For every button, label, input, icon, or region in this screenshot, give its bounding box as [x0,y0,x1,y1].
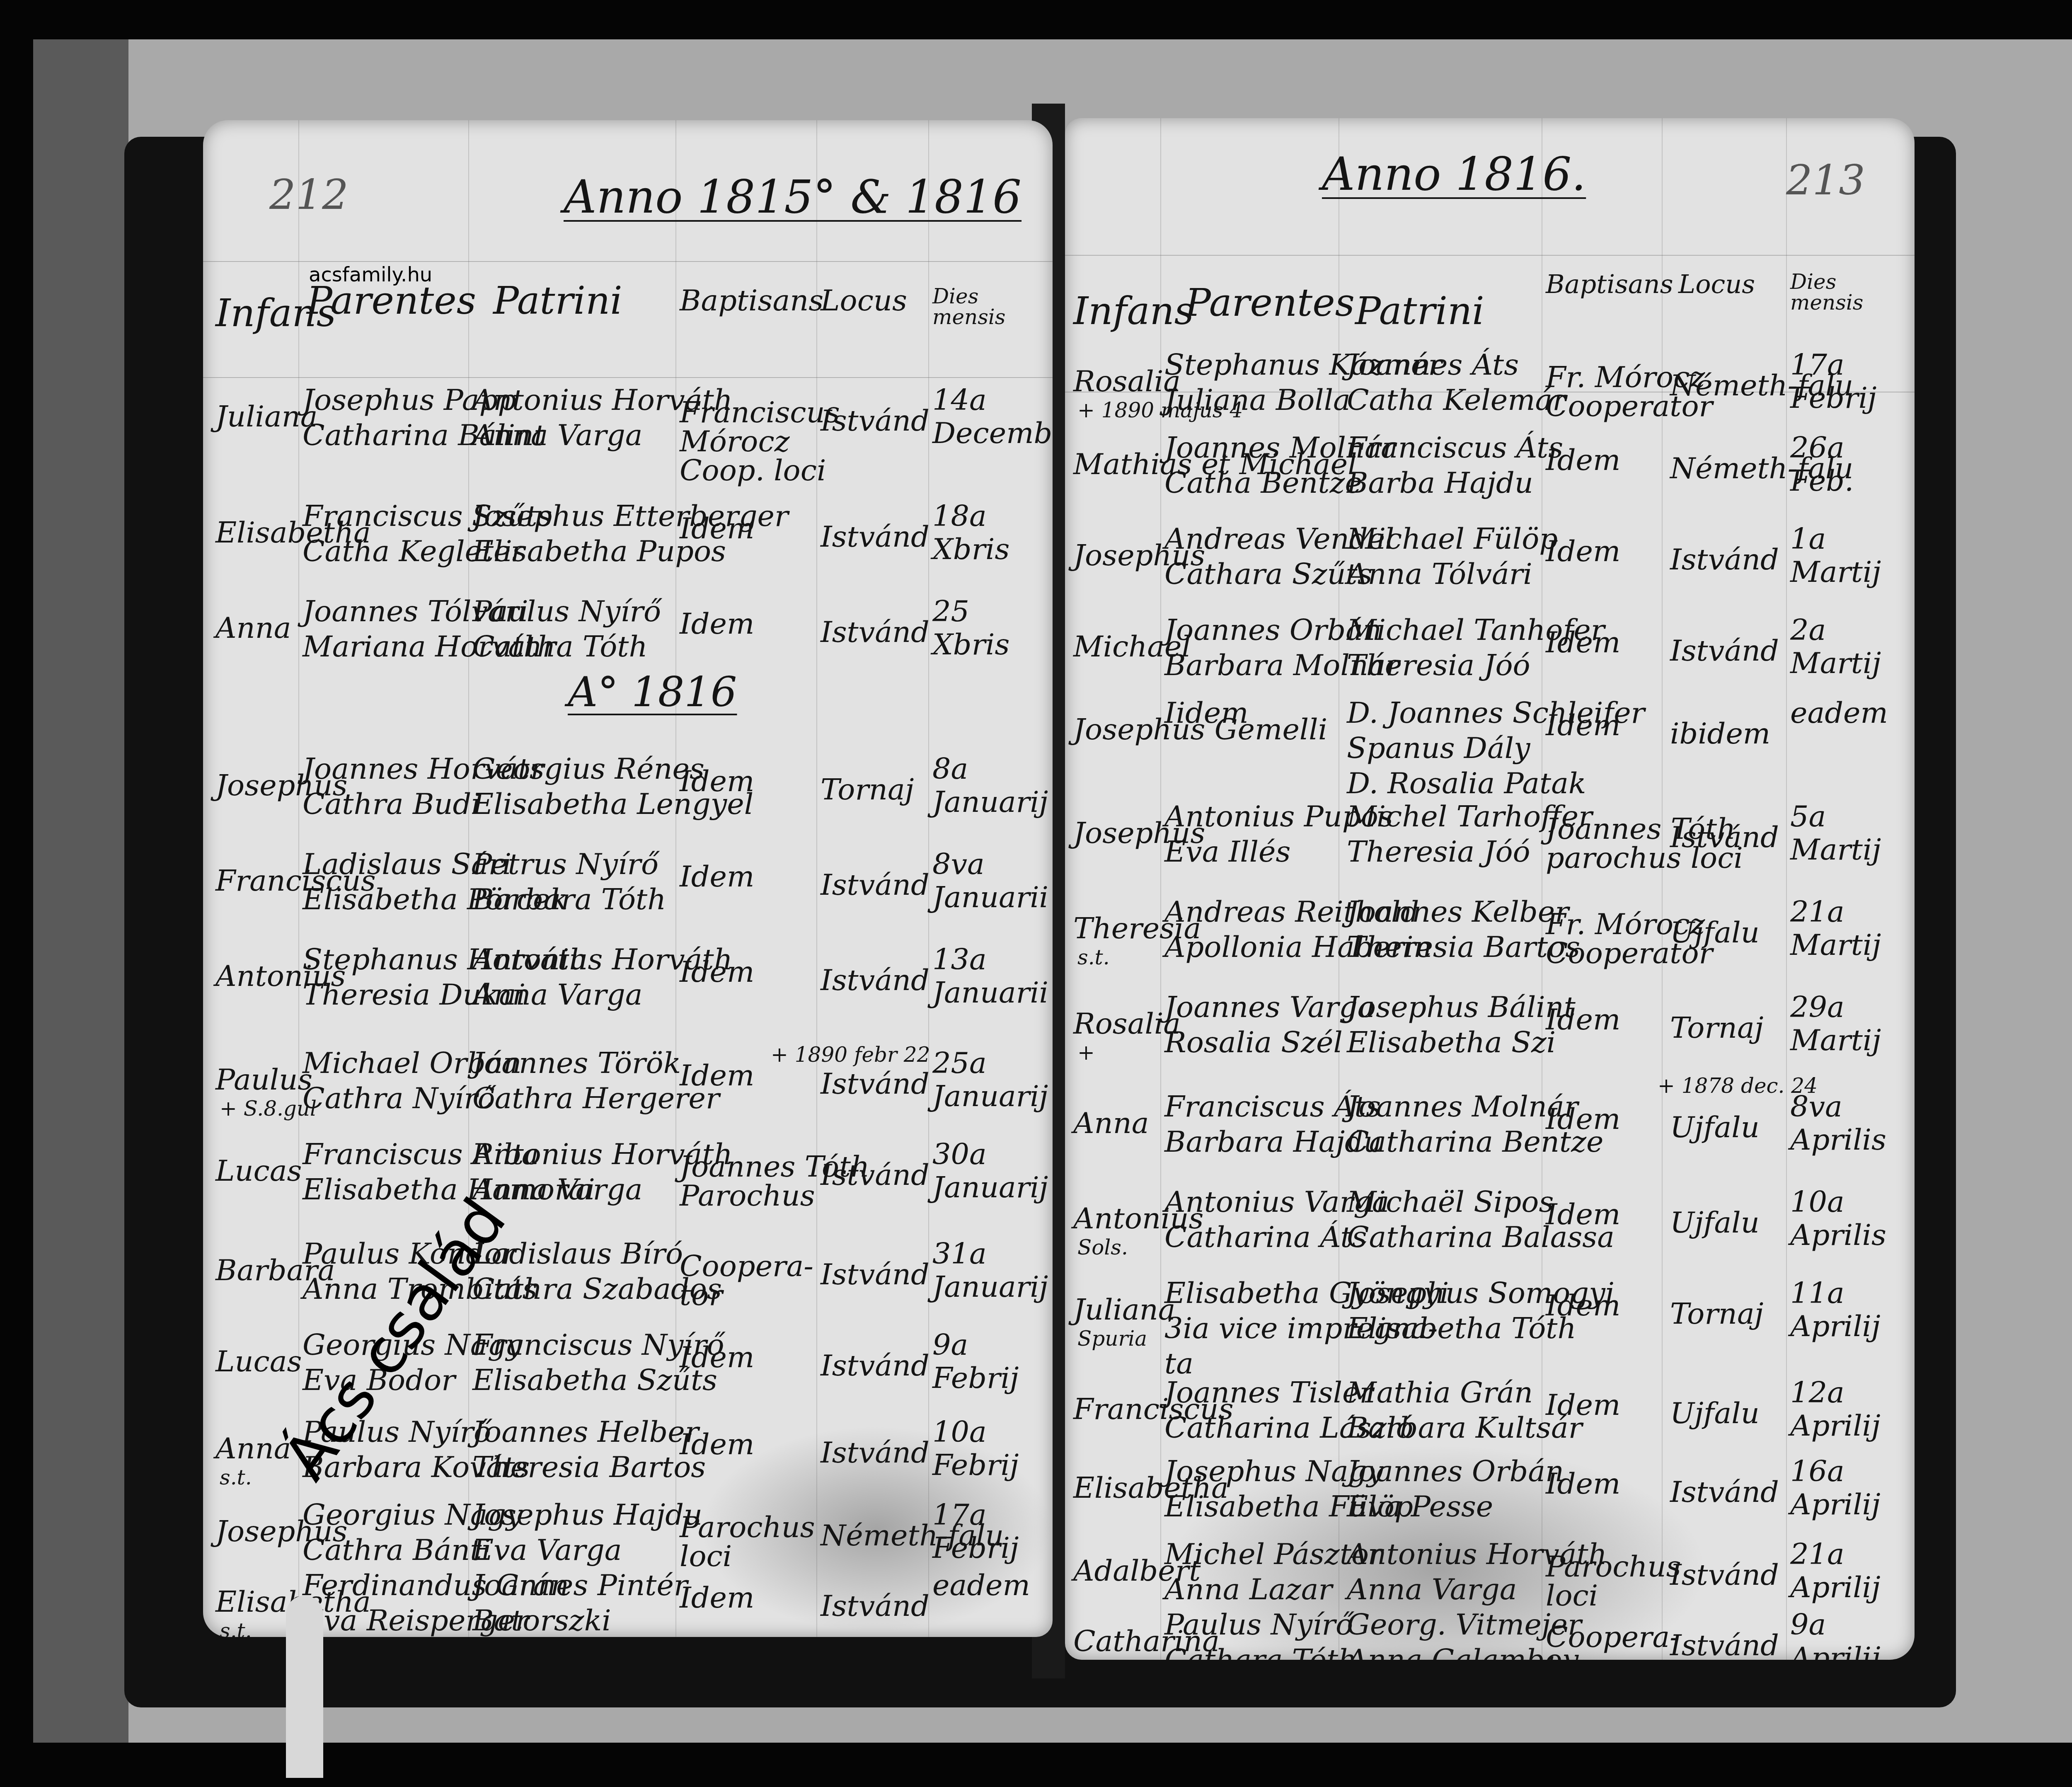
entry-locus: Istvánd [821,870,929,899]
entry-godparent: Anna Galamboy [1347,1645,1578,1660]
entry-date: 9a [932,1330,968,1359]
entry-date: Januarij [932,1173,1048,1202]
entry-locus: Tornaj [821,775,914,804]
entry-godparent: Anna Varga [472,980,643,1009]
entry-date: 29a [1790,993,1844,1022]
entry-date: 11a [1790,1279,1844,1308]
entry-godparent: Petrus Nyírő [472,850,658,879]
entry-date: 2a [1790,615,1826,644]
entry-date: 12a [1790,1378,1844,1407]
entry-godparent: Joannes Áts [1347,350,1519,379]
entry-godparent: Eva Varga [472,1535,622,1564]
entry-godparent: Georgius Rénes [472,754,704,783]
entry-parent: Cathra Bánti [303,1535,491,1564]
entry-infans: Paulus [215,1065,312,1094]
entry-infans: Juliana [1073,1295,1175,1324]
entry-parent: Cathra Budi [303,789,481,818]
entry-locus: Istvánd [1670,545,1779,574]
entry-date: Martij [1790,835,1881,864]
entry-baptiser: Franciscus [680,398,840,427]
entry-locus: Istvánd [821,1351,929,1380]
entry-date: Aprilij [1790,1573,1881,1602]
entry-date: 14a [932,385,987,414]
entry-parent: Iidem [1164,698,1249,727]
entry-date: Xbris [932,630,1009,659]
entry-parent: Catha Bentze [1164,468,1362,497]
entry-godparent: Joannes Kelber [1347,897,1569,926]
entry-date: 8a [932,754,968,783]
entry-locus: Istvánd [821,966,929,995]
entry-godparent: D. Rosalia Patak [1347,769,1586,798]
entry-baptiser: Idem [680,1583,754,1612]
entry-godparent: Theresia Jóó [1347,837,1530,866]
entry-baptiser: Idem [1546,446,1620,475]
entry-date: Febrij [932,1450,1019,1479]
entry-godparent: Anna Varga [1347,1575,1517,1604]
column-rule [816,120,817,1637]
entry-godparent: Elisabetha Tóth [1347,1314,1576,1343]
entry-locus: ibidem [1670,719,1770,748]
entry-date: 8va [932,850,985,879]
entry-locus: Istvánd [821,617,929,647]
column-header-parentes: Parentes [1185,284,1355,322]
entry-baptiser: Idem [680,1430,754,1459]
entry-baptiser: Idem [1546,537,1620,566]
entry-godparent: Franciscus Áts [1347,433,1563,462]
entry-date: 5a [1790,802,1826,831]
rule [203,261,1053,262]
entry-note: + [1077,1042,1095,1063]
entry-date: 25a [932,1048,987,1078]
column-rule [1786,118,1787,1660]
entry-infans: Lucas [215,1156,302,1185]
entry-note: s.t. [220,1467,252,1488]
watermark-site: acsfamily.hu [309,263,432,286]
entry-date: 9a [1790,1610,1826,1639]
entry-baptiser: Idem [680,1061,754,1090]
entry-godparent: Anna Tólvári [1347,559,1532,588]
rule [1065,255,1915,256]
entry-godparent: Anna Varga [472,1175,643,1204]
entry-godparent: Joannes Pintér [472,1571,687,1600]
entry-baptiser: Idem [1546,1104,1620,1133]
column-header-dies: Dies mensis [1790,271,1828,313]
entry-date: Martij [1790,930,1881,959]
entry-baptiser: Mórocz [680,427,790,456]
entry-baptiser: Coopera- [680,1252,813,1281]
entry-baptiser: Parochus [680,1513,815,1542]
entry-godparent: Anna Varga [472,421,643,450]
column-rule [675,120,676,1637]
entry-date: Aprilis [1790,1125,1886,1154]
entry-godparent: Cathra Tóth [472,632,648,661]
entry-parent: Joannes Varga [1164,993,1375,1022]
entry-godparent: Eva Pesse [1347,1492,1493,1521]
entry-parent: Cathara Tóth [1164,1645,1357,1660]
entry-date: Aprilij [1790,1411,1881,1440]
entry-godparent: Catha Kelemár [1347,385,1566,414]
entry-locus-note: + 1890 febr 22 [771,1044,930,1065]
column-header-infans: Infans [1073,292,1194,330]
entry-infans: Anna [1073,1109,1149,1138]
entry-date: 18a [932,501,987,530]
entry-date: Januarij [932,787,1048,816]
entry-locus: Istvánd [1670,823,1779,852]
entry-godparent: Mathia Grán [1347,1378,1533,1407]
entry-date: Januarij [932,1082,1048,1111]
entry-baptiser: tor [1546,1651,1589,1660]
column-header-baptisans: Baptisans [1546,271,1673,297]
entry-baptiser: loci [1546,1581,1598,1610]
entry-infans: Lucas [215,1347,302,1376]
entry-godparent: Theresia Bartos [1347,932,1580,961]
entry-date: Martij [1790,649,1881,678]
entry-baptiser: Idem [1546,1291,1620,1320]
entry-date: Aprilij [1790,1312,1881,1341]
book-board-left [33,39,128,1743]
entry-locus: Istvánd [1670,1560,1779,1589]
entry-locus: Ujfalu [1670,1113,1760,1142]
entry-baptiser: Idem [680,957,754,986]
entry-date: eadem [932,1571,1030,1600]
entry-date: 26a [1790,433,1844,462]
entry-locus: Tornaj [1670,1013,1763,1042]
entry-godparent: Michael Fülöp [1347,524,1558,553]
entry-locus: Istvánd [821,1591,929,1620]
entry-date: 21a [1790,1540,1844,1569]
entry-godparent: Josephus Hajdu [472,1500,702,1529]
entry-locus: Istvánd [1670,1477,1779,1506]
entry-date: Febrij [932,1533,1019,1562]
entry-date: Febrij [932,1363,1019,1392]
entry-godparent: Spanus Dály [1347,734,1530,763]
right-page: Anno 1816. 213 Infans Parentes Patrini B… [1065,118,1915,1660]
entry-note: s.t. [220,1620,252,1637]
entry-baptiser: Idem [1546,711,1620,740]
entry-locus: Istvánd [1670,1631,1779,1660]
entry-date: 30a [932,1140,987,1169]
entry-date: Januarij [932,1272,1048,1301]
entry-godparent: Theresia Bartos [472,1453,706,1482]
entry-date: 13a [932,945,987,974]
entry-date: Martij [1790,1026,1881,1055]
entry-baptiser: Idem [680,514,754,543]
entry-locus: Istvánd [1670,636,1779,665]
entry-locus: Istvánd [821,406,929,435]
entry-godparent: Barbara Tóth [472,885,666,914]
entry-godparent: Barba Hajdu [1347,468,1533,497]
entry-date: 10a [1790,1187,1844,1216]
entry-date: 10a [932,1417,987,1446]
entry-baptiser: Idem [1546,1005,1620,1034]
paper-tab [286,1596,323,1778]
entry-locus: Istvánd [821,522,929,551]
entry-date: 1a [1790,524,1826,553]
entry-infans: Anna [215,613,291,642]
column-rule [1662,118,1663,1660]
entry-locus: Istvánd [821,1069,929,1098]
entry-locus: Tornaj [1670,1299,1763,1328]
entry-date: 8va [1790,1092,1842,1121]
entry-baptiser: loci [680,1542,732,1571]
entry-date: Martij [1790,557,1881,586]
entry-date: 21a [1790,897,1844,926]
entry-date: Decembris [932,419,1053,448]
entry-date: Aprilis [1790,1220,1886,1249]
entry-baptiser: Parochus [1546,1552,1681,1581]
entry-parent: Eva Illés [1164,837,1290,866]
column-header-locus: Locus [1678,271,1755,297]
entry-date: Januarii [932,978,1048,1007]
entry-godparent: Joannes Molnár [1347,1092,1578,1121]
column-header-dies: Dies mensis [932,286,970,327]
entry-parent: Rosalia Szél [1164,1028,1343,1057]
entry-baptiser: Idem [680,609,754,638]
entry-date: 25 [932,597,969,626]
page-number: 212 [269,174,349,216]
entry-godparent: Batorszki [472,1606,611,1635]
entry-godparent: Theresia Jóó [1347,651,1530,680]
entry-locus: Istvánd [821,1260,929,1289]
column-header-locus: Locus [821,286,907,315]
entry-note: s.t. [1077,947,1110,968]
entry-date: 17a [1790,350,1844,379]
entry-baptiser: Idem [1546,1390,1620,1419]
entry-baptiser: tor [680,1281,723,1310]
page-title: Anno 1816. [1322,151,1586,197]
entry-baptiser: Coop. loci [680,456,826,485]
entry-parent: Cathra Nyírő [303,1084,495,1113]
entry-godparent: Michaël Sipos [1347,1187,1554,1216]
entry-baptiser: Idem [680,767,754,796]
column-header-baptisans: Baptisans [680,286,823,315]
entry-parent: Catharina Áts [1164,1223,1367,1252]
entry-date: 31a [932,1239,987,1268]
entry-parent: Anna Lazar [1164,1575,1332,1604]
entry-date: eadem [1790,698,1888,727]
column-header-patrini: Patrini [1355,292,1484,330]
entry-note: Spuria [1077,1328,1147,1349]
entry-godparent: Joannes Orbán [1347,1457,1564,1486]
entry-parent: Joannes Tisler [1164,1378,1373,1407]
column-rule [1160,118,1161,1660]
page-number: 213 [1786,160,1865,201]
entry-parent: ta [1164,1349,1193,1378]
page-title: Anno 1815° & 1816 [564,174,1021,220]
entry-locus: Istvánd [821,1438,929,1467]
entry-baptiser: Coopera- [1546,1622,1680,1651]
entry-note: Sols. [1077,1237,1128,1258]
entry-date: Januarii [932,883,1048,912]
entry-baptiser: Idem [680,862,754,891]
entry-date: Aprilij [1790,1490,1881,1519]
entry-date: 17a [932,1500,987,1529]
entry-date: Febrij [1790,383,1877,412]
entry-baptiser: Idem [680,1343,754,1372]
entry-note: + S.8.gul [220,1098,317,1119]
entry-locus: Ujfalu [1670,918,1760,947]
entry-date: 16a [1790,1457,1844,1486]
entry-date: Feb. [1790,466,1854,495]
entry-baptiser: Idem [1546,1469,1620,1498]
entry-godparent: Joannes Török [472,1048,681,1078]
entry-parent: Paulus Nyírő [1164,1610,1353,1639]
column-header-parentes: Parentes [307,282,476,320]
entry-baptiser: Idem [1546,1200,1620,1229]
entry-godparent: Elisabetha Szi [1347,1028,1556,1057]
section-heading: A° 1816 [568,671,737,713]
entry-baptiser: Idem [1546,628,1620,657]
entry-locus: Istvánd [821,1160,929,1189]
entry-date: Xbris [932,535,1009,564]
entry-godparent: Joannes Helber [472,1417,699,1446]
entry-locus: Ujfalu [1670,1208,1760,1237]
entry-locus: Ujfalu [1670,1399,1760,1428]
entry-baptiser: Parochus [680,1181,815,1210]
entry-parent: Juliana Bolla [1164,385,1351,414]
entry-godparent: Paulus Nyírő [472,597,661,626]
entry-date: Aprilij [1790,1643,1881,1660]
column-header-patrini: Patrini [493,282,622,320]
entry-parent: Cathara Szűts [1164,559,1372,588]
entry-godparent: Josephus Bálint [1347,993,1576,1022]
rule [203,377,1053,378]
